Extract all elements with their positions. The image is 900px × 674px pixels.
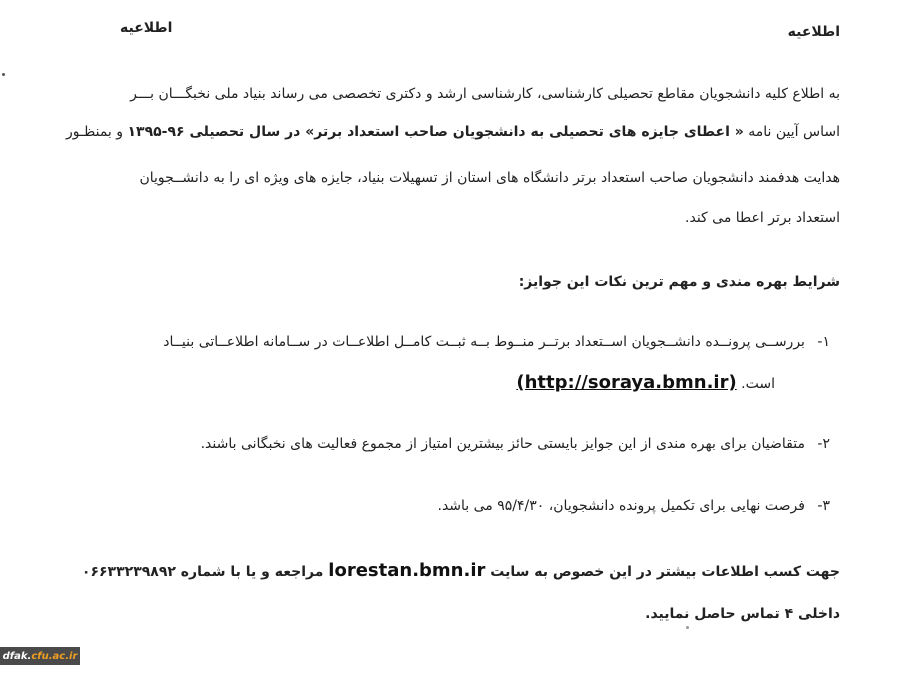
intro-line-3: هدایت هدفمند دانشجویان صاحب استعداد برتر…: [139, 170, 840, 186]
item-text: بررســی پرونــده دانشــجویان اســتعداد ب…: [163, 334, 805, 350]
item-text: متقاضیان برای بهره مندی از این جوایز بای…: [201, 436, 805, 452]
item-suffix: است.: [741, 376, 775, 392]
scan-speck: [686, 626, 689, 629]
header-right: اطلاعیه: [788, 24, 840, 40]
item-number: ۱-: [817, 334, 830, 350]
condition-item-3: ۳- فرصت نهایی برای تکمیل پرونده دانشجویا…: [438, 498, 831, 514]
intro-line-2-post: و بمنظـور: [66, 124, 123, 140]
contact-line-1: جهت کسب اطلاعات بیشتر در این خصوص به سای…: [82, 560, 840, 581]
contact-pre: جهت کسب اطلاعات بیشتر در این خصوص به سای…: [490, 564, 840, 580]
condition-item-1-cont: است. (http://soraya.bmn.ir): [516, 372, 775, 393]
header-left: اطلاعیه: [120, 20, 172, 36]
contact-line-2: داخلی ۴ تماس حاصل نمایید.: [645, 606, 840, 622]
lorestan-link[interactable]: lorestan.bmn.ir: [328, 560, 485, 581]
intro-line-1: به اطلاع کلیه دانشجویان مقاطع تحصیلی کار…: [130, 86, 840, 102]
item-number: ۲-: [817, 436, 830, 452]
scan-speck: [2, 73, 5, 76]
item-text: فرصت نهایی برای تکمیل پرونده دانشجویان، …: [438, 498, 805, 514]
soraya-link[interactable]: (http://soraya.bmn.ir): [516, 372, 736, 393]
site-watermark: dfak.cfu.ac.ir: [0, 647, 80, 665]
scanned-announcement: اطلاعیه اطلاعیه به اطلاع کلیه دانشجویان …: [0, 0, 900, 674]
intro-line-2: اساس آیین نامه « اعطای جایزه های تحصیلی …: [66, 124, 840, 140]
intro-line-4: استعداد برتر اعطا می کند.: [685, 210, 840, 226]
intro-line-2-pre: اساس آیین نامه: [748, 124, 840, 140]
watermark-part-1: dfak.: [3, 651, 32, 662]
item-number: ۳-: [817, 498, 830, 514]
watermark-part-2: cfu.ac.ir: [31, 651, 77, 662]
regulation-title: « اعطای جایزه های تحصیلی به دانشجویان صا…: [127, 124, 743, 140]
condition-item-1: ۱- بررســی پرونــده دانشــجویان اســتعدا…: [163, 334, 830, 350]
condition-item-2: ۲- متقاضیان برای بهره مندی از این جوایز …: [201, 436, 830, 452]
contact-post: مراجعه و یا با شماره ۰۶۶۳۳۲۳۹۸۹۲: [82, 564, 324, 580]
conditions-heading: شرایط بهره مندی و مهم ترین نکات این جوای…: [519, 274, 840, 290]
